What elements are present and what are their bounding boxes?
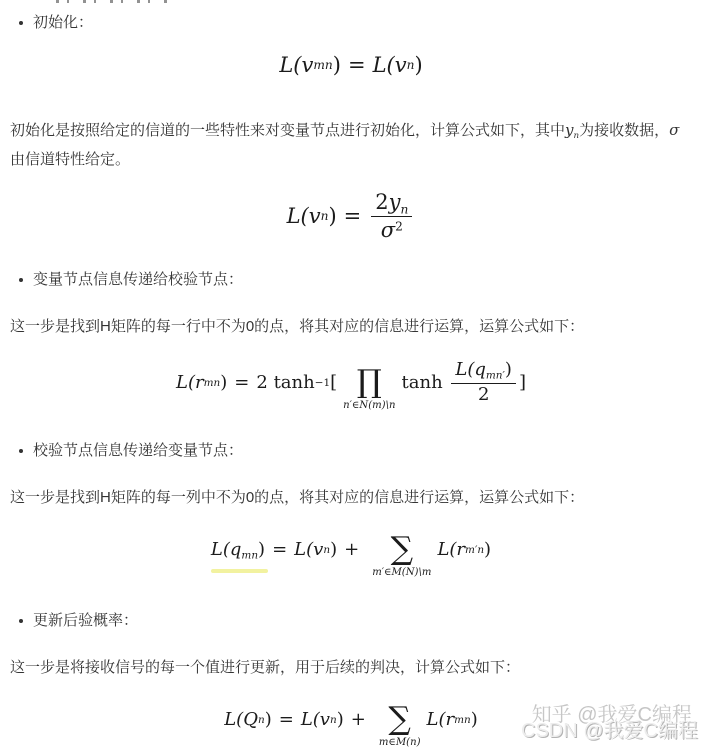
formula-token: L(q — [211, 539, 242, 560]
fraction: 2ynσ2 — [371, 190, 412, 242]
formula-token: ) — [337, 709, 344, 730]
sum-symbol: ∑ — [388, 705, 411, 735]
plus-sign: + — [344, 539, 359, 560]
paragraph-text: 这一步是将接收信号的每一个值进行更新，用于后续的判决，计算公式如下： — [10, 659, 520, 676]
formula-subscript: mn′ — [486, 370, 505, 382]
highlighted-term: L(qmn) — [211, 539, 265, 560]
paragraph-col-step: 这一步是找到H矩阵的每一列中不为0的点，将其对应的信息进行运算，运算公式如下： — [10, 483, 694, 512]
watermark-csdn: CSDN @我爱C编程 — [521, 714, 698, 743]
open-bracket: [ — [330, 372, 337, 393]
bullet-item-check-to-var: 校验节点信息传递给变量节点： — [19, 441, 243, 460]
formula-token: ) — [484, 539, 491, 560]
equals-sign: = — [272, 539, 287, 560]
formula-token: ) — [328, 204, 336, 228]
plus-sign: + — [351, 709, 366, 730]
equals-sign: = — [234, 372, 249, 393]
sum-operator: ∑m′∈M(N)\m — [372, 535, 431, 578]
formula-llr-init: L(vn)=2ynσ2 — [0, 190, 702, 242]
paragraph-text: 初始化是按照给定的信道的一些特性来对变量节点进行初始化，计算公式如下，其中 — [10, 122, 565, 139]
fraction: L(qmn′)2 — [451, 360, 516, 405]
formula-token: L(r — [427, 709, 455, 730]
article-content: 初始化： L(vmn)=L(vn) 初始化是按照给定的信道的一些特性来对变量节点… — [0, 0, 702, 749]
formula-token: ) — [333, 53, 341, 77]
formula-token: L(q — [455, 359, 486, 380]
formula-check-node-update: L(rmn)=2 tanh−1[∏n′∈N(m)\ntanh L(qmn′)2] — [0, 360, 702, 405]
formula-subscript: n — [401, 202, 409, 216]
sum-symbol: ∑ — [391, 535, 414, 565]
close-bracket: ] — [519, 372, 526, 393]
formula-token: L(r — [176, 372, 204, 393]
formula-token: σ — [381, 218, 395, 242]
paragraph-text: 为接收数据， — [579, 122, 669, 139]
inline-math-var: y — [565, 121, 573, 139]
formula-token: 2 — [478, 384, 489, 406]
formula-superscript: 2 — [395, 219, 403, 233]
inline-math-sigma: σ — [669, 121, 679, 139]
formula-token: ) — [471, 709, 478, 730]
bullet-label: 变量节点信息传递给校验节点： — [33, 270, 243, 289]
formula-token: L(v — [373, 53, 407, 77]
bullet-dot-icon — [19, 21, 23, 25]
paragraph-text: 这一步是找到H矩阵的每一列中不为0的点，将其对应的信息进行运算，运算公式如下： — [10, 489, 584, 506]
equals-sign: = — [344, 204, 362, 228]
paragraph-update-step: 这一步是将接收信号的每一个值进行更新，用于后续的判决，计算公式如下： — [10, 653, 694, 682]
formula-token: L(r — [437, 539, 465, 560]
bullet-item-init: 初始化： — [19, 13, 93, 32]
bullet-dot-icon — [19, 619, 23, 623]
bullet-label: 更新后验概率： — [33, 611, 138, 630]
equals-sign: = — [279, 709, 294, 730]
formula-token: L(Q — [224, 709, 258, 730]
product-symbol: ∏ — [357, 368, 382, 398]
tanh-function: tanh — [274, 372, 315, 393]
bullet-dot-icon — [19, 278, 23, 282]
sum-operator: ∑m∈M(n) — [379, 705, 421, 748]
formula-token: L(v — [287, 204, 321, 228]
formula-token: L(v — [294, 539, 323, 560]
bullet-dot-icon — [19, 449, 23, 453]
formula-token: ) — [330, 539, 337, 560]
paragraph-row-step: 这一步是找到H矩阵的每一行中不为0的点，将其对应的信息进行运算，运算公式如下： — [10, 312, 694, 341]
formula-token: 2 — [375, 190, 388, 214]
tanh-function: tanh — [402, 372, 443, 393]
sum-limit: m∈M(n) — [379, 738, 421, 748]
formula-token: ) — [265, 709, 272, 730]
paragraph-text: 这一步是找到H矩阵的每一行中不为0的点，将其对应的信息进行运算，运算公式如下： — [10, 318, 584, 335]
formula-token: ) — [505, 359, 512, 380]
bullet-label: 初始化： — [33, 13, 93, 32]
equals-sign: = — [348, 53, 366, 77]
product-limit: n′∈N(m)\n — [343, 401, 395, 411]
formula-token: ) — [220, 372, 227, 393]
formula-token: ) — [414, 53, 422, 77]
formula-token: L(v — [279, 53, 313, 77]
formula-token: 2 — [256, 372, 267, 393]
formula-token: y — [389, 190, 401, 214]
bullet-label: 校验节点信息传递给变量节点： — [33, 441, 243, 460]
formula-subscript: mn — [241, 550, 258, 562]
formula-token: L(v — [301, 709, 330, 730]
formula-variable-node-update: L(qmn)=L(vn)+∑m′∈M(N)\mL(rm′n) — [0, 528, 702, 571]
formula-init-assignment: L(vmn)=L(vn) — [0, 53, 702, 77]
cropped-text-artifact — [56, 0, 174, 3]
bullet-item-update-posterior: 更新后验概率： — [19, 611, 138, 630]
product-operator: ∏n′∈N(m)\n — [343, 368, 395, 411]
formula-token: ) — [258, 539, 265, 560]
bullet-item-var-to-check: 变量节点信息传递给校验节点： — [19, 270, 243, 289]
paragraph-text: 由信道特性给定。 — [10, 151, 130, 168]
sum-limit: m′∈M(N)\m — [372, 568, 431, 578]
paragraph-init-description: 初始化是按照给定的信道的一些特性来对变量节点进行初始化，计算公式如下，其中yn为… — [10, 116, 694, 174]
